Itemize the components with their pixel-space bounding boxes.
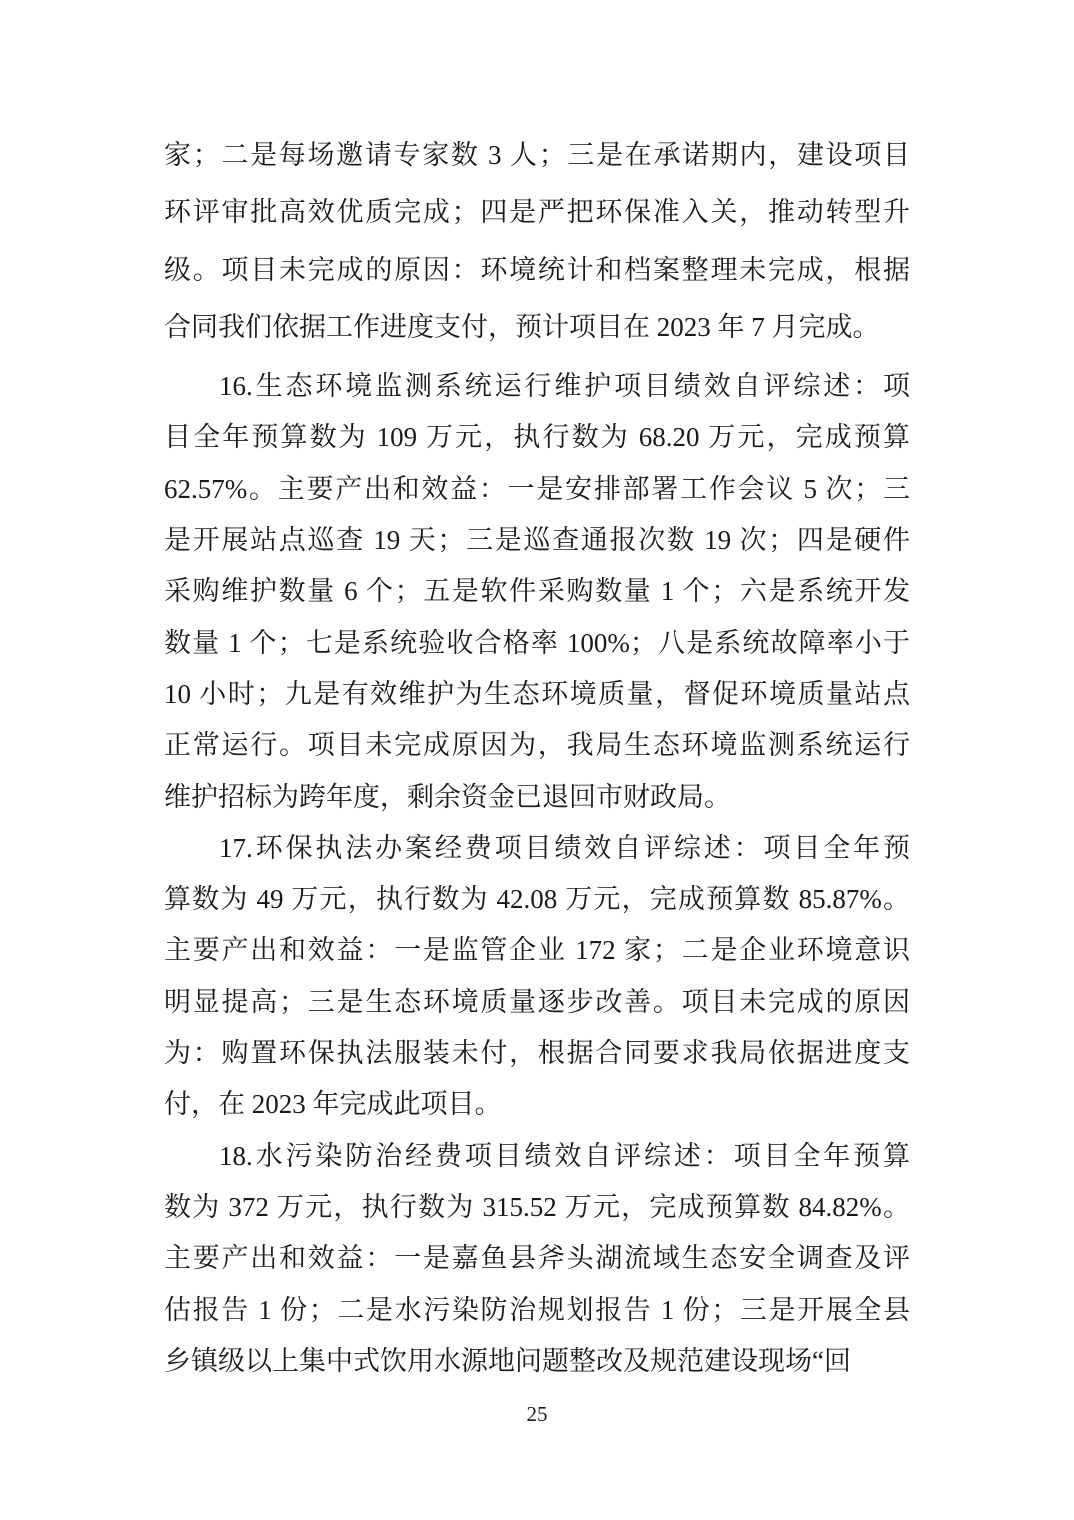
paragraph-item-15-continuation: 家；二是每场邀请专家数 3 人；三是在承诺期内，建设项目环评审批高效优质完成；四… xyxy=(164,127,910,356)
text-line: 62.57%。主要产出和效益：一是安排部署工作会议 5 次；三 xyxy=(164,464,910,515)
text-line: 为：购置环保执法服装未付，根据合同要求我局依据进度支 xyxy=(164,1028,910,1079)
paragraph-item-16: 16.生态环境监测系统运行维护项目绩效自评综述：项目全年预算数为 109 万元，… xyxy=(164,361,910,823)
document-body-text: 家；二是每场邀请专家数 3 人；三是在承诺期内，建设项目环评审批高效优质完成；四… xyxy=(164,127,910,1387)
text-line: 正常运行。项目未完成原因为，我局生态环境监测系统运行 xyxy=(164,720,910,771)
document-page: 家；二是每场邀请专家数 3 人；三是在承诺期内，建设项目环评审批高效优质完成；四… xyxy=(0,0,1074,1520)
text-line: 10 小时；九是有效维护为生态环境质量，督促环境质量站点 xyxy=(164,669,910,720)
text-line: 合同我们依据工作进度支付，预计项目在 2023 年 7 月完成。 xyxy=(164,299,910,356)
text-line: 目全年预算数为 109 万元，执行数为 68.20 万元，完成预算 xyxy=(164,412,910,463)
text-line: 明显提高；三是生态环境质量逐步改善。项目未完成的原因 xyxy=(164,977,910,1028)
page-number: 25 xyxy=(0,1402,1074,1427)
text-line: 估报告 1 份；二是水污染防治规划报告 1 份；三是开展全县 xyxy=(164,1285,910,1336)
text-line: 算数为 49 万元，执行数为 42.08 万元，完成预算数 85.87%。 xyxy=(164,874,910,925)
text-line: 家；二是每场邀请专家数 3 人；三是在承诺期内，建设项目 xyxy=(164,127,910,184)
text-line: 主要产出和效益：一是监管企业 172 家；二是企业环境意识 xyxy=(164,925,910,976)
text-line: 采购维护数量 6 个；五是软件采购数量 1 个；六是系统开发 xyxy=(164,566,910,617)
text-line: 数为 372 万元，执行数为 315.52 万元，完成预算数 84.82%。 xyxy=(164,1182,910,1233)
text-line: 17.环保执法办案经费项目绩效自评综述：项目全年预 xyxy=(164,823,910,874)
text-line: 18.水污染防治经费项目绩效自评综述：项目全年预算 xyxy=(164,1131,910,1182)
text-line: 级。项目未完成的原因：环境统计和档案整理未完成，根据 xyxy=(164,242,910,299)
text-line: 付，在 2023 年完成此项目。 xyxy=(164,1079,910,1130)
text-line: 乡镇级以上集中式饮用水源地问题整改及规范建设现场“回 xyxy=(164,1336,910,1387)
text-line: 主要产出和效益：一是嘉鱼县斧头湖流域生态安全调查及评 xyxy=(164,1233,910,1284)
text-line: 环评审批高效优质完成；四是严把环保准入关，推动转型升 xyxy=(164,184,910,241)
text-line: 数量 1 个；七是系统验收合格率 100%；八是系统故障率小于 xyxy=(164,618,910,669)
paragraph-item-17: 17.环保执法办案经费项目绩效自评综述：项目全年预算数为 49 万元，执行数为 … xyxy=(164,823,910,1131)
text-line: 16.生态环境监测系统运行维护项目绩效自评综述：项 xyxy=(164,361,910,412)
text-line: 是开展站点巡查 19 天；三是巡查通报次数 19 次；四是硬件 xyxy=(164,515,910,566)
paragraph-item-18: 18.水污染防治经费项目绩效自评综述：项目全年预算数为 372 万元，执行数为 … xyxy=(164,1131,910,1387)
text-line: 维护招标为跨年度，剩余资金已退回市财政局。 xyxy=(164,772,910,823)
